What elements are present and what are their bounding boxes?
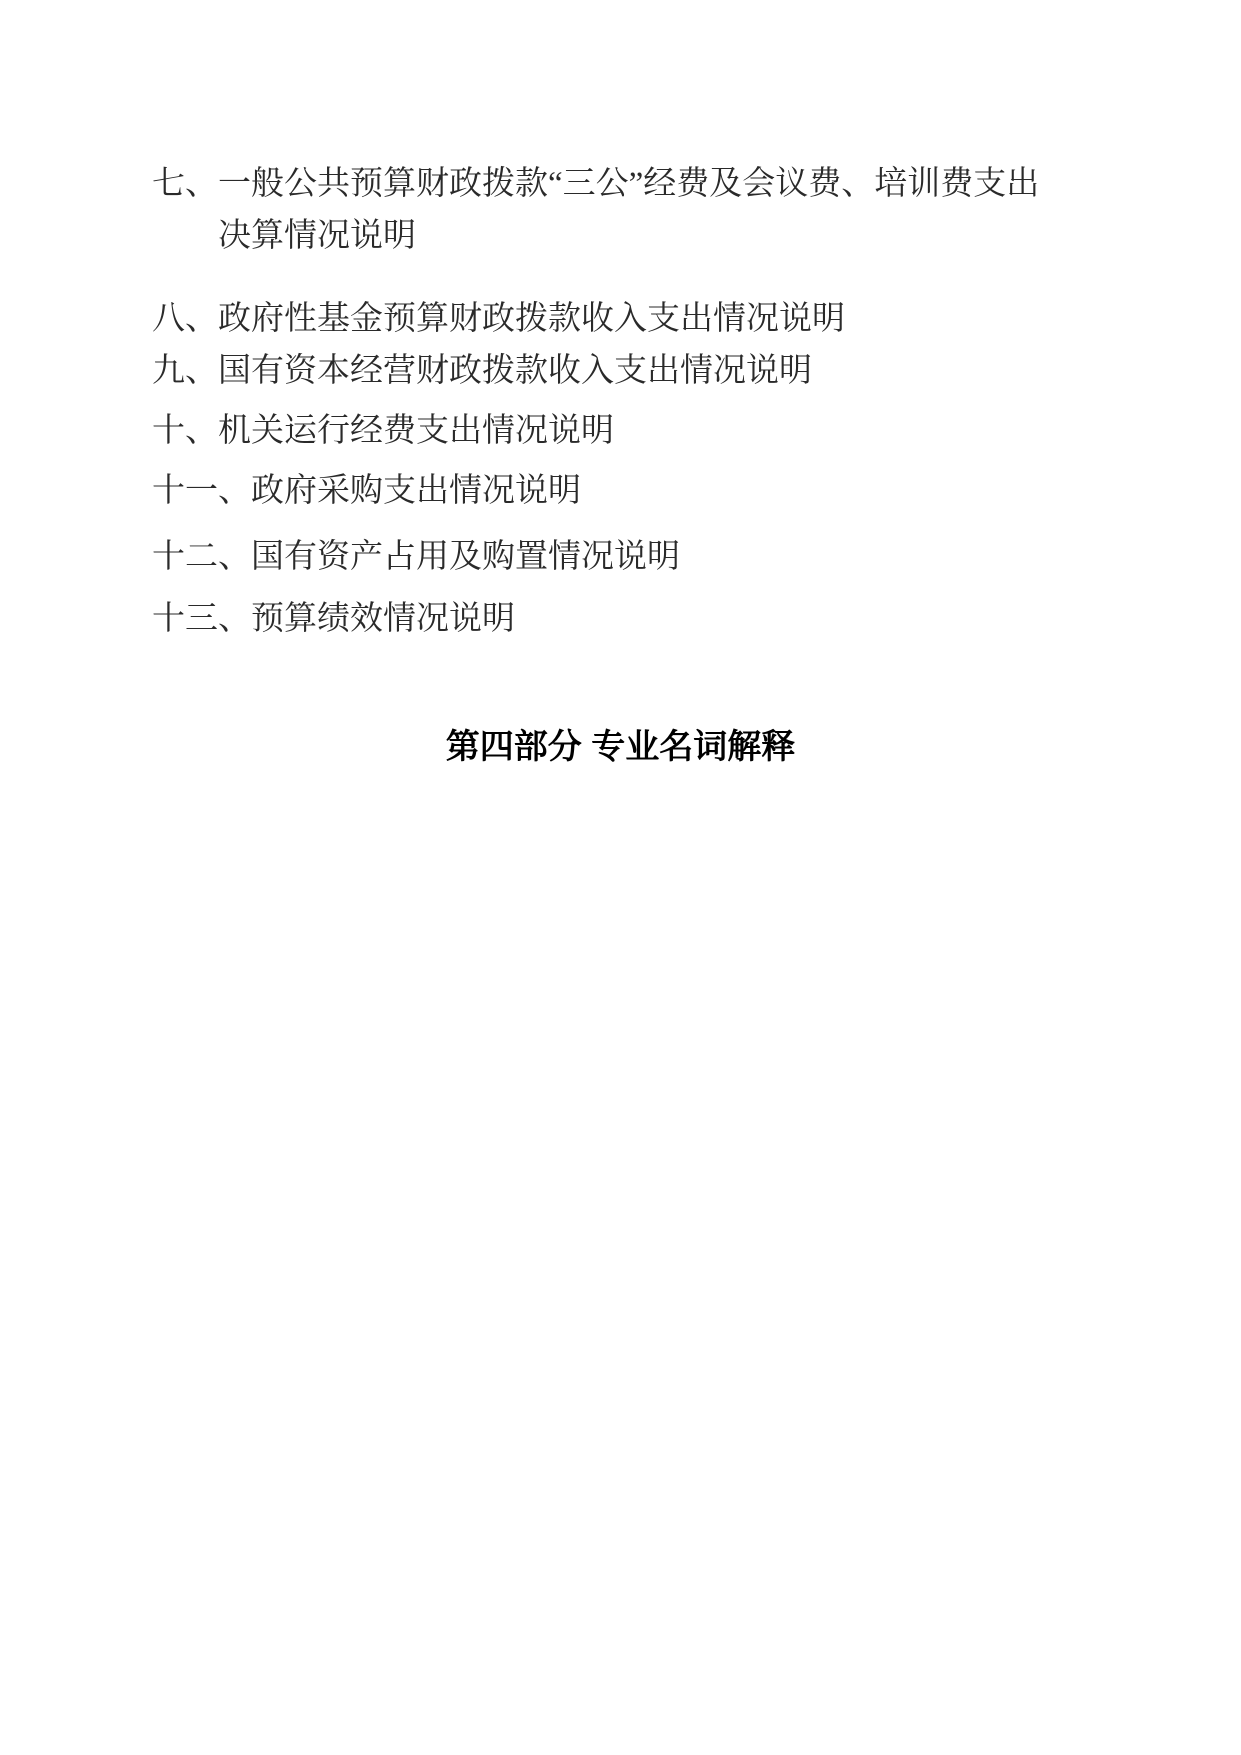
toc-item-7-line-2: 决算情况说明 <box>218 210 1168 262</box>
toc-item-7-line-1: 七、一般公共预算财政拨款“三公”经费及会议费、培训费支出 <box>152 158 1102 210</box>
toc-item-9: 九、国有资本经营财政拨款收入支出情况说明 <box>152 345 1102 397</box>
section-heading-part4: 第四部分 专业名词解释 <box>0 723 1241 771</box>
toc-item-12: 十二、国有资产占用及购置情况说明 <box>152 531 1102 583</box>
toc-item-11: 十一、政府采购支出情况说明 <box>152 465 1102 517</box>
document-page: 七、一般公共预算财政拨款“三公”经费及会议费、培训费支出 决算情况说明 八、政府… <box>0 0 1241 1755</box>
toc-item-13: 十三、预算绩效情况说明 <box>152 593 1102 645</box>
toc-item-8: 八、政府性基金预算财政拨款收入支出情况说明 <box>152 293 1102 345</box>
toc-item-10: 十、机关运行经费支出情况说明 <box>152 405 1102 457</box>
